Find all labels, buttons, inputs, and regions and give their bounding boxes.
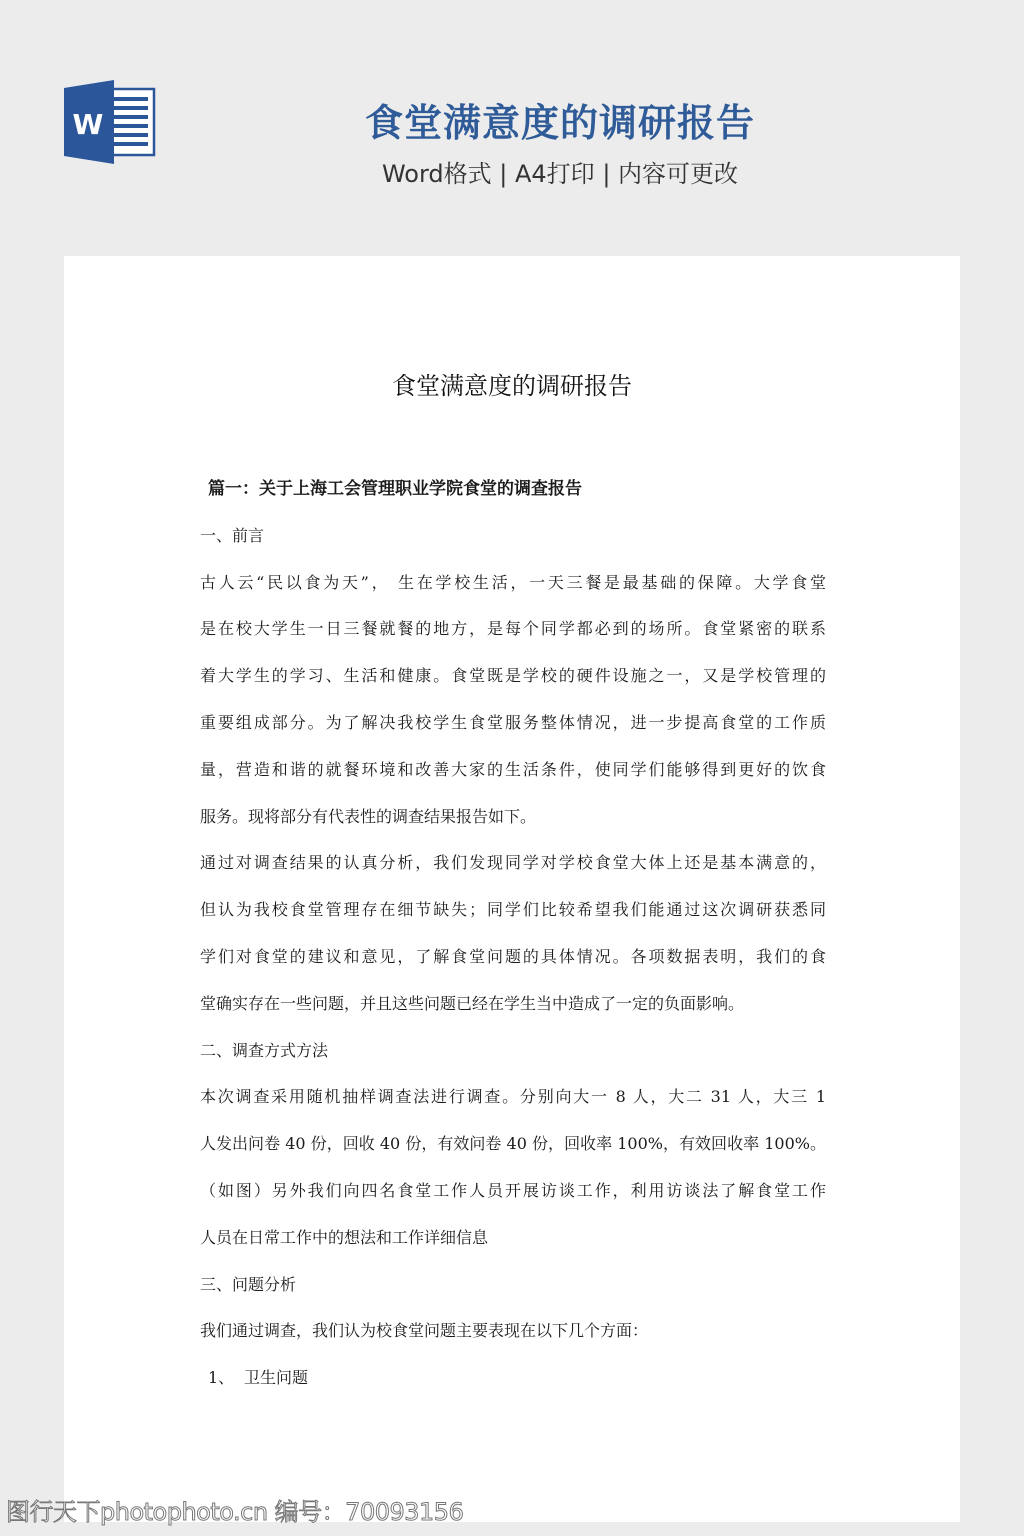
text-line: 人员在日常工作中的想法和工作详细信息 — [200, 1215, 826, 1262]
text-line: 是在校大学生一日三餐就餐的地方，是每个同学都必到的场所。食堂紧密的联系 — [200, 606, 826, 653]
svg-text:W: W — [73, 108, 104, 141]
chapter-heading: 篇一：关于上海工会管理职业学院食堂的调查报告 — [200, 466, 826, 513]
text-line: 重要组成部分。为了解决我校学生食堂服务整体情况，进一步提高食堂的工作质 — [200, 700, 826, 747]
text-line: 我们通过调查，我们认为校食堂问题主要表现在以下几个方面： — [200, 1308, 826, 1355]
paragraph: 古人云“民以食为天”， 生在学校生活，一天三餐是最基础的保障。大学食堂 是在校大… — [200, 560, 826, 841]
text-line: 量，营造和谐的就餐环境和改善大家的生活条件，使同学们能够得到更好的饮食 — [200, 747, 826, 794]
list-item: 1、卫生问题 — [200, 1355, 826, 1402]
section-heading-analysis: 三、问题分析 — [200, 1262, 826, 1309]
text-line: 通过对调查结果的认真分析，我们发现同学对学校食堂大体上还是基本满意的， — [200, 840, 826, 887]
document-title: 食堂满意度的调研报告 — [64, 366, 960, 401]
section-heading-preface: 一、前言 — [200, 513, 826, 560]
list-label: 卫生问题 — [244, 1368, 308, 1387]
paragraph: 我们通过调查，我们认为校食堂问题主要表现在以下几个方面： — [200, 1308, 826, 1355]
text-line: 服务。现将部分有代表性的调查结果报告如下。 — [200, 794, 826, 841]
watermark: 图行天下photophoto.cn 编号：70093156 — [6, 1492, 463, 1527]
paragraph: 本次调查采用随机抽样调查法进行调查。分别向大一 8 人，大二 31 人，大三 1… — [200, 1074, 826, 1261]
banner: W 食堂满意度的调研报告 Word格式 | A4打印 | 内容可更改 — [0, 0, 1024, 256]
section-heading-method: 二、调查方式方法 — [200, 1028, 826, 1075]
text-line: 古人云“民以食为天”， 生在学校生活，一天三餐是最基础的保障。大学食堂 — [200, 560, 826, 607]
text-line: （如图）另外我们向四名食堂工作人员开展访谈工作，利用访谈法了解食堂工作 — [200, 1168, 826, 1215]
text-line: 本次调查采用随机抽样调查法进行调查。分别向大一 8 人，大二 31 人，大三 1 — [200, 1074, 826, 1121]
text-line: 着大学生的学习、生活和健康。食堂既是学校的硬件设施之一，又是学校管理的 — [200, 653, 826, 700]
text-line: 人发出问卷 40 份，回收 40 份，有效问卷 40 份，回收率 100%，有效… — [200, 1121, 826, 1168]
document-page: 食堂满意度的调研报告 篇一：关于上海工会管理职业学院食堂的调查报告 一、前言 古… — [64, 256, 960, 1522]
text-line: 学们对食堂的建议和意见，了解食堂问题的具体情况。各项数据表明，我们的食 — [200, 934, 826, 981]
paragraph: 通过对调查结果的认真分析，我们发现同学对学校食堂大体上还是基本满意的， 但认为我… — [200, 840, 826, 1027]
list-number: 1、 — [208, 1355, 244, 1402]
text-line: 堂确实存在一些问题，并且这些问题已经在学生当中造成了一定的负面影响。 — [200, 981, 826, 1028]
banner-subtitle: Word格式 | A4打印 | 内容可更改 — [300, 154, 820, 189]
word-document-icon: W — [64, 80, 156, 164]
text-line: 但认为我校食堂管理存在细节缺失；同学们比较希望我们能通过这次调研获悉同 — [200, 887, 826, 934]
banner-title: 食堂满意度的调研报告 — [300, 92, 820, 147]
document-body: 篇一：关于上海工会管理职业学院食堂的调查报告 一、前言 古人云“民以食为天”， … — [200, 466, 826, 1402]
